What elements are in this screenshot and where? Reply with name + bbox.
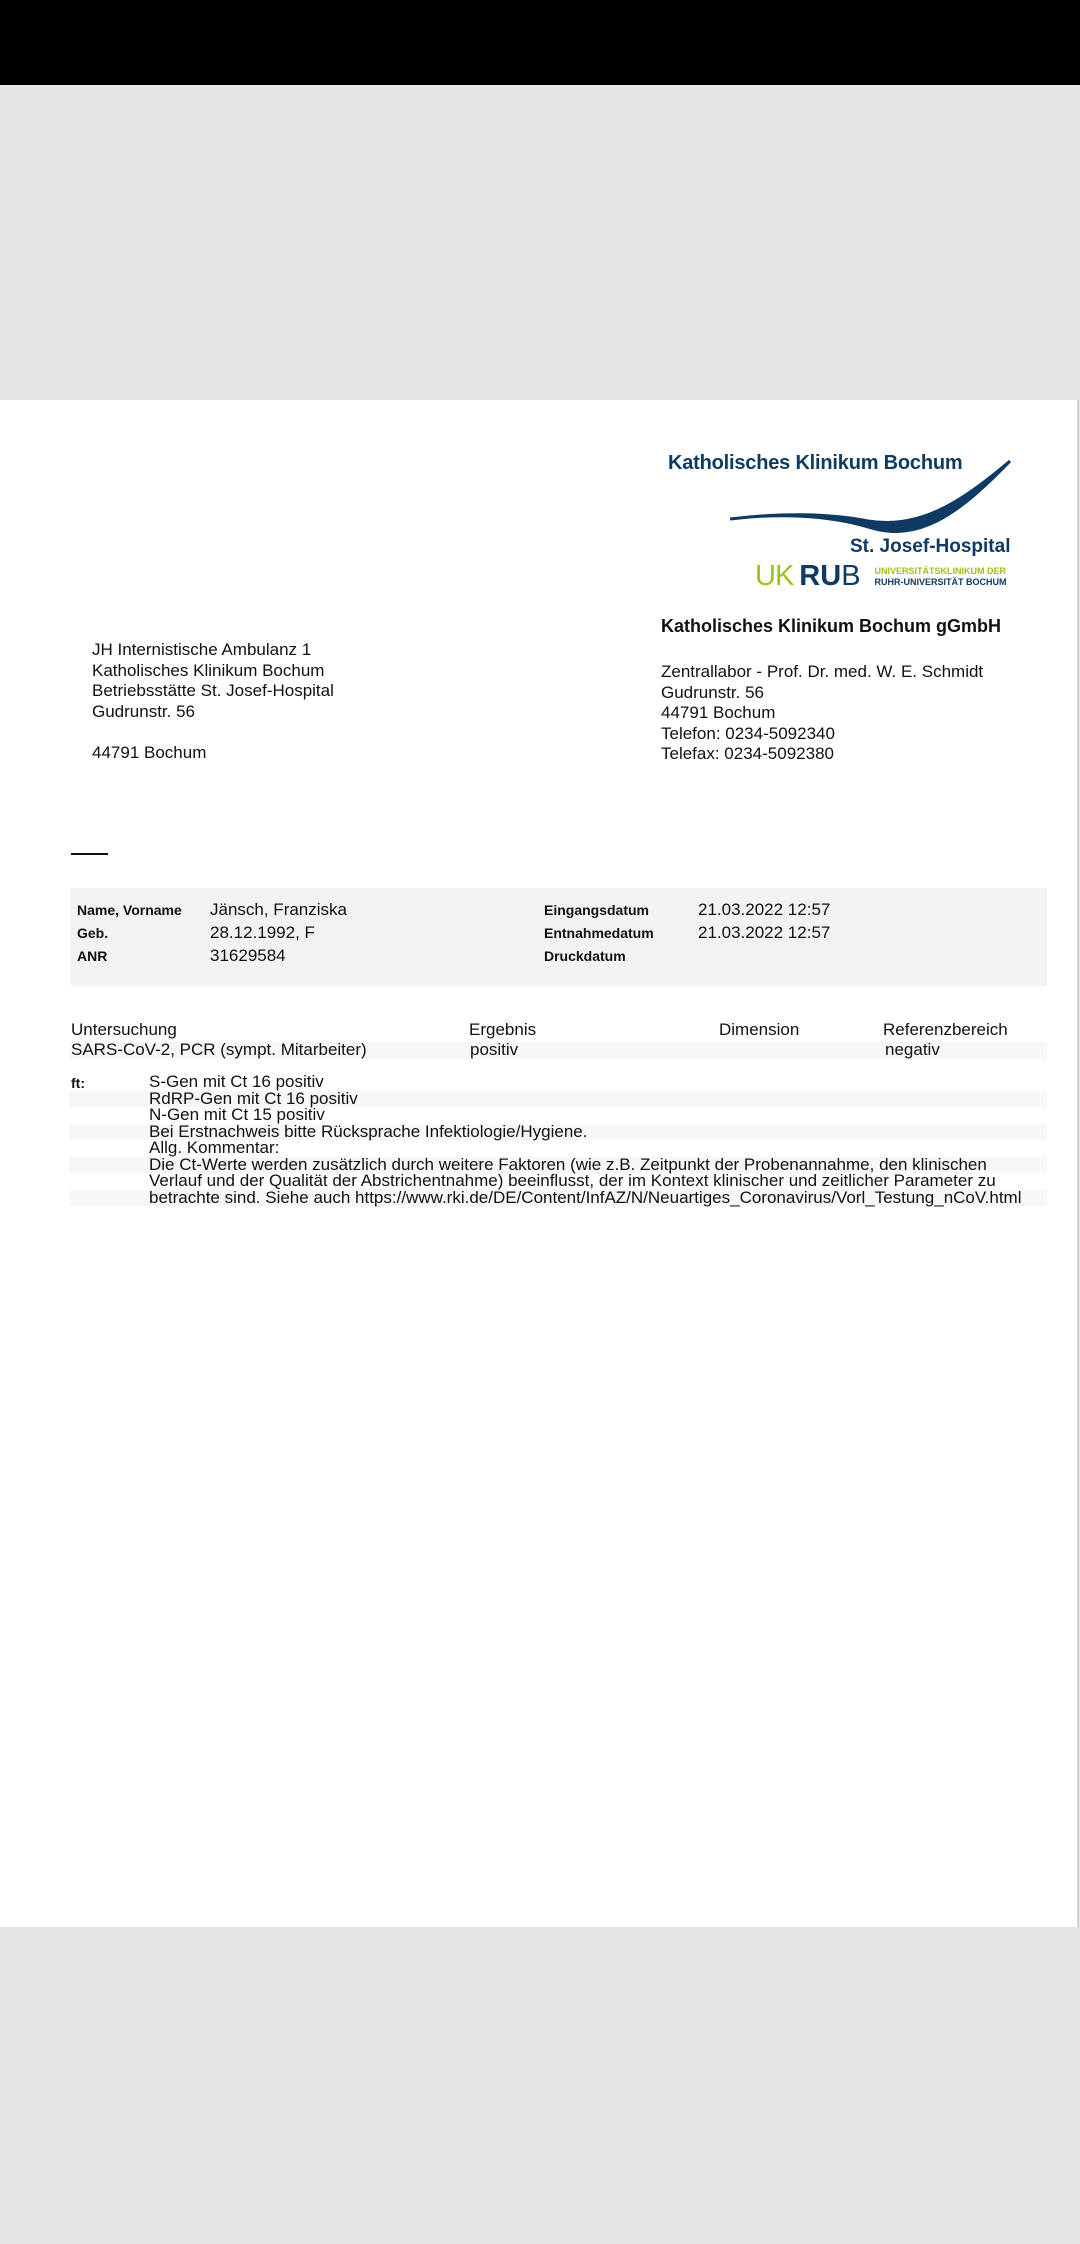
recipient-line: JH Internistische Ambulanz 1 [92,640,334,661]
hospital-name: St. Josef-Hospital [850,536,1010,558]
status-bar [0,0,1080,85]
name-label: Name, Vorname [77,902,182,918]
dob-label: Geb. [77,925,108,941]
result-test: SARS-CoV-2, PCR (sympt. Mitarbeiter) [71,1040,367,1060]
header-result: Ergebnis [469,1020,536,1040]
sampled-date: 21.03.2022 12:57 [698,923,830,943]
sender-line: Zentrallabor - Prof. Dr. med. W. E. Schm… [661,662,983,683]
document-page: Katholisches Klinikum Bochum St. Josef-H… [0,400,1079,1927]
university-text: UNIVERSITÄTSKLINIKUM DER RUHR-UNIVERSITÄ… [875,566,1007,588]
recipient-line: Betriebsstätte St. Josef-Hospital [92,681,334,702]
b-mark: B [841,560,860,593]
fold-mark [71,853,108,855]
recipient-address: JH Internistische Ambulanz 1 Katholische… [92,640,334,763]
patient-anr: 31629584 [210,946,286,966]
header-test: Untersuchung [71,1020,177,1040]
patient-info-box: Name, Vorname Jänsch, Franziska Geb. 28.… [71,888,1047,986]
sender-line: Gudrunstr. 56 [661,683,983,704]
recipient-city: 44791 Bochum [92,743,334,764]
university-line-2: RUHR-UNIVERSITÄT BOCHUM [875,577,1007,588]
result-value: positiv [470,1040,518,1060]
recipient-line: Katholisches Klinikum Bochum [92,661,334,682]
sender-fax: Telefax: 0234-5092380 [661,744,983,765]
ru-mark: RU [799,560,841,593]
sender-organization: Katholisches Klinikum Bochum gGmbH [661,616,1001,637]
clinic-logo-swoosh-icon [718,455,1018,535]
received-label: Eingangsdatum [544,902,649,918]
sender-phone: Telefon: 0234-5092340 [661,724,983,745]
recipient-line: Gudrunstr. 56 [92,702,334,723]
received-date: 21.03.2022 12:57 [698,900,830,920]
uk-mark: UK [755,560,793,593]
university-line-1: UNIVERSITÄTSKLINIKUM DER [875,566,1007,577]
anr-label: ANR [77,948,107,964]
ukrub-logo: UK RU B UNIVERSITÄTSKLINIKUM DER RUHR-UN… [755,560,1007,593]
patient-name: Jänsch, Franziska [210,900,347,920]
printed-label: Druckdatum [544,948,626,964]
patient-dob: 28.12.1992, F [210,923,315,943]
sampled-label: Entnahmedatum [544,925,654,941]
findings-label: ft: [71,1075,85,1091]
result-reference: negativ [885,1040,940,1060]
header-reference: Referenzbereich [883,1020,1008,1040]
finding-link-line: betrachte sind. Siehe auch https://www.r… [149,1190,1022,1207]
header-unit: Dimension [719,1020,799,1040]
sender-line: 44791 Bochum [661,703,983,724]
sender-address: Zentrallabor - Prof. Dr. med. W. E. Schm… [661,662,983,765]
